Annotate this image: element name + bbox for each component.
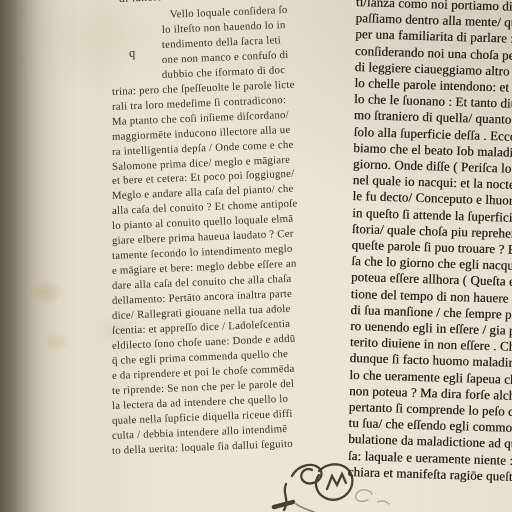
left-text-column: Vello loquale conſidera ſolo ilteſto non… <box>112 10 372 459</box>
book-page-photo: di ſancto Gre q Vello loquale conſidera … <box>0 0 512 512</box>
faint-pen-squiggle <box>350 486 392 510</box>
running-header: di ſancto Gre <box>119 0 185 5</box>
right-text-column: ti/ſanza como noi portiamo dire: che noi… <box>348 0 512 484</box>
